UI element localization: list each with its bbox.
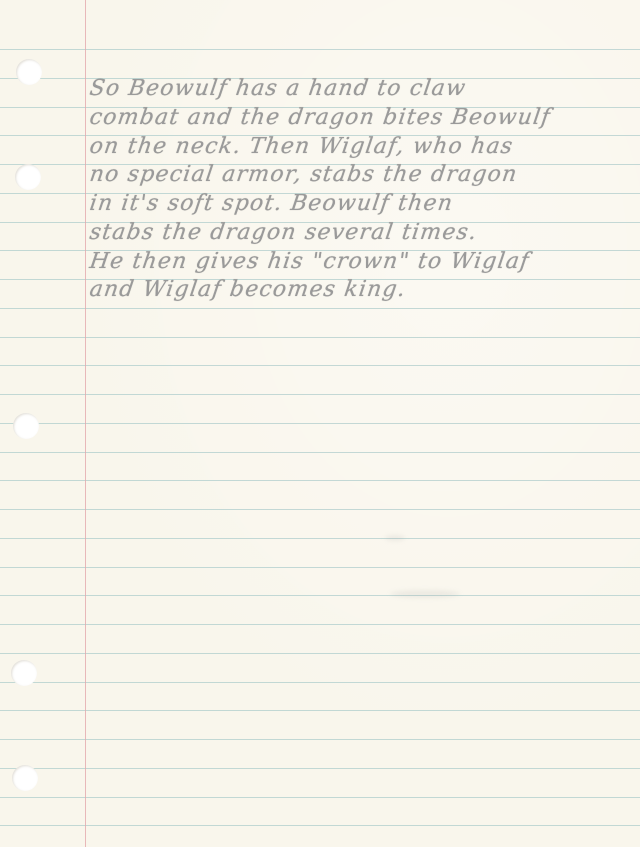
rule-line [0, 480, 640, 481]
rule-line [0, 423, 640, 424]
rule-line [0, 337, 640, 338]
rule-line [0, 394, 640, 395]
handwriting-line: So Beowulf has a hand to claw [88, 76, 468, 101]
rule-line [0, 595, 640, 596]
punch-hole [11, 660, 37, 686]
punch-hole [16, 59, 42, 85]
rule-line [0, 624, 640, 625]
rule-line [0, 49, 640, 50]
punch-hole [13, 413, 39, 439]
rule-line [0, 653, 640, 654]
rule-line [0, 308, 640, 309]
rule-line [0, 365, 640, 366]
paper-smudge [385, 535, 405, 541]
rule-line [0, 739, 640, 740]
margin-line [85, 0, 86, 847]
rule-line [0, 452, 640, 453]
handwriting-line: in it's soft spot. Beowulf then [88, 191, 455, 216]
notebook-page: So Beowulf has a hand to claw combat and… [0, 0, 640, 847]
punch-hole [15, 164, 41, 190]
rule-line [0, 509, 640, 510]
rule-line [0, 567, 640, 568]
handwriting-line: stabs the dragon several times. [88, 220, 479, 245]
rule-line [0, 768, 640, 769]
handwriting-line: no special armor, stabs the dragon [88, 162, 519, 187]
rule-line [0, 538, 640, 539]
handwriting-line: on the neck. Then Wiglaf, who has [88, 134, 515, 159]
rule-line [0, 797, 640, 798]
punch-hole [12, 765, 38, 791]
rule-line [0, 825, 640, 826]
rule-line [0, 682, 640, 683]
rule-line [0, 710, 640, 711]
paper-smudge [390, 590, 460, 598]
handwriting-line: combat and the dragon bites Beowulf [88, 105, 552, 130]
handwriting-line: He then gives his "crown" to Wiglaf [88, 249, 531, 274]
handwriting-line: and Wiglaf becomes king. [88, 277, 408, 302]
